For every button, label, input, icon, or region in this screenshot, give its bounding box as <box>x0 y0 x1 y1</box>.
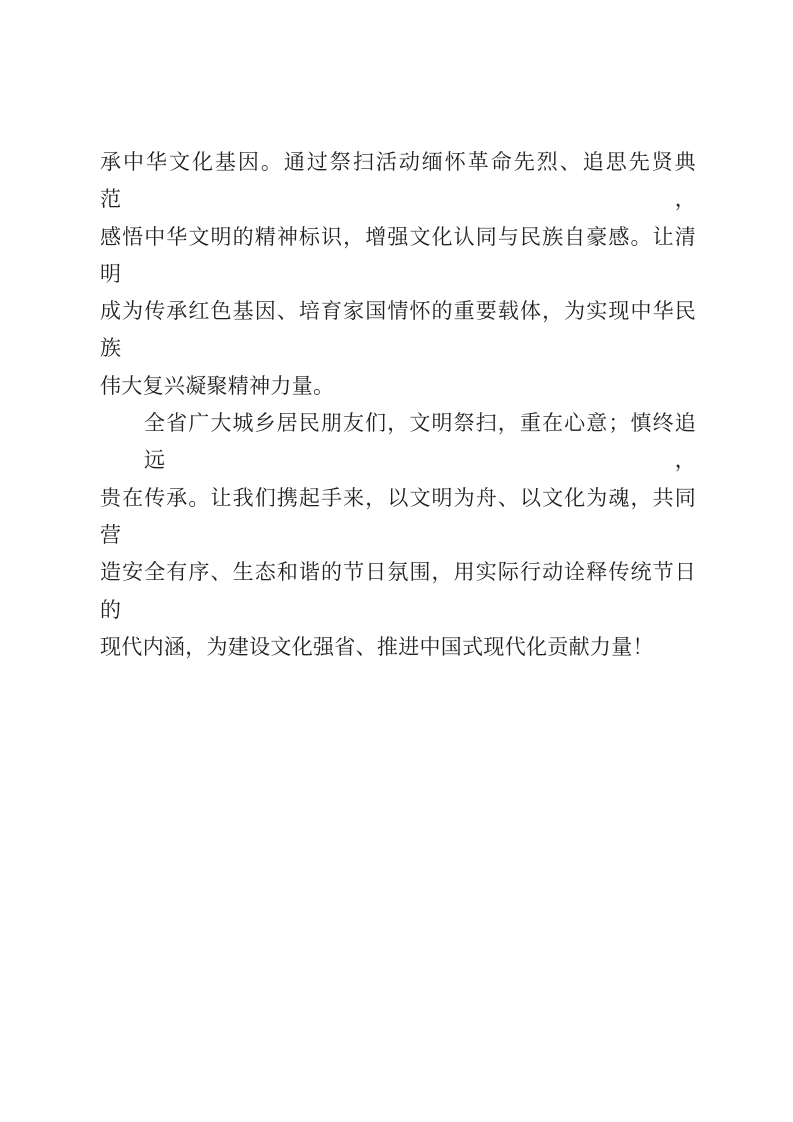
text-line: 全省广大城乡居民朋友们，文明祭扫，重在心意；慎终追远， <box>100 405 696 480</box>
text-line: 贵在传承。让我们携起手来，以文明为舟、以文化为魂，共同营 <box>100 480 696 555</box>
document-body-text: 承中华文化基因。通过祭扫活动缅怀革命先烈、追思先贤典范，感悟中华文明的精神标识，… <box>100 144 696 666</box>
text-line: 现代内涵，为建设文化强省、推进中国式现代化贡献力量！ <box>100 629 696 666</box>
text-line: 伟大复兴凝聚精神力量。 <box>100 368 696 405</box>
text-line: 承中华文化基因。通过祭扫活动缅怀革命先烈、追思先贤典范， <box>100 144 696 219</box>
text-line: 感悟中华文明的精神标识，增强文化认同与民族自豪感。让清明 <box>100 219 696 294</box>
text-line: 造安全有序、生态和谐的节日氛围，用实际行动诠释传统节日的 <box>100 554 696 629</box>
document-page: 承中华文化基因。通过祭扫活动缅怀革命先烈、追思先贤典范，感悟中华文明的精神标识，… <box>0 0 793 1122</box>
text-line: 成为传承红色基因、培育家国情怀的重要载体，为实现中华民族 <box>100 293 696 368</box>
